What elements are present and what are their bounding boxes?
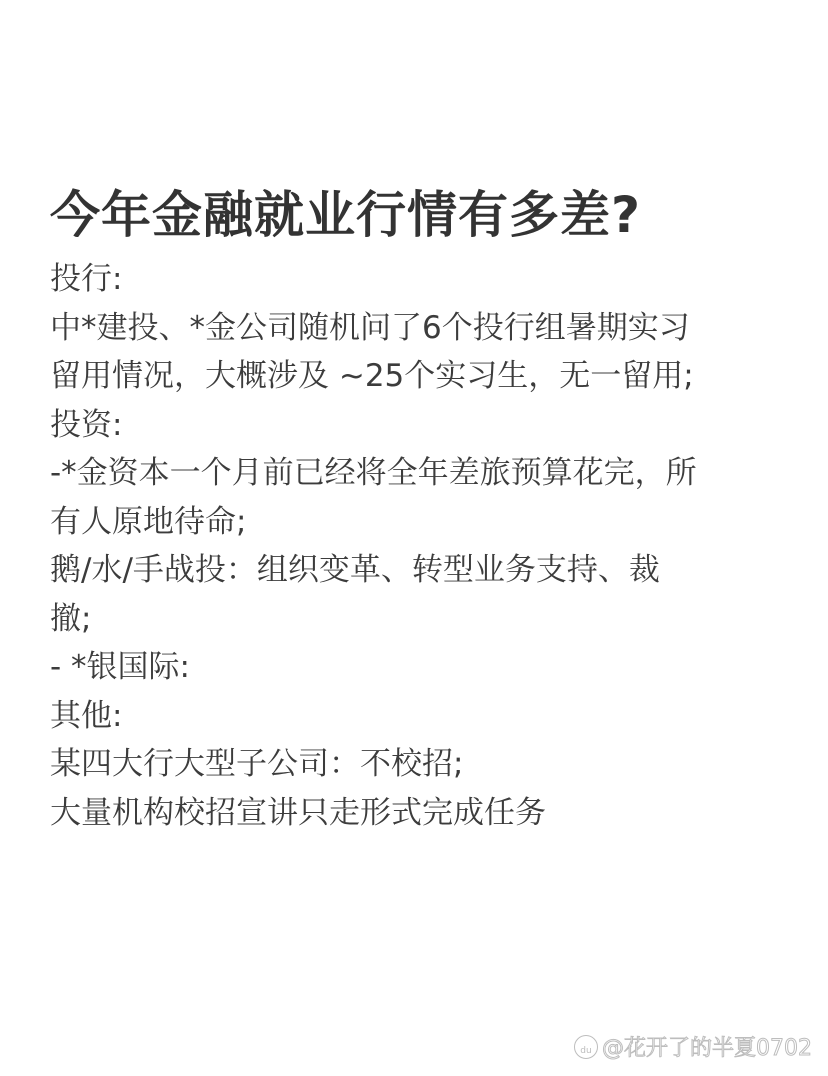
- page-title: 今年金融就业行情有多差?: [50, 183, 641, 247]
- body-line: 某四大行大型子公司：不校招;: [50, 740, 810, 789]
- baidu-paw-icon: du: [574, 1035, 598, 1059]
- watermark: du @花开了的半夏0702: [574, 1031, 812, 1062]
- article-body: 投行: 中*建投、*金公司随机问了6个投行组暑期实习 留用情况，大概涉及 ~25…: [50, 255, 810, 837]
- body-line: - *银国际:: [50, 643, 810, 692]
- section-heading-other: 其他:: [50, 692, 810, 741]
- section-heading-investment: 投资:: [50, 401, 810, 450]
- body-line: 撤;: [50, 595, 810, 644]
- watermark-text: @花开了的半夏0702: [602, 1031, 812, 1062]
- body-line: 留用情况，大概涉及 ~25个实习生，无一留用;: [50, 352, 810, 401]
- body-line: 有人原地待命;: [50, 498, 810, 547]
- section-heading-ib: 投行:: [50, 255, 810, 304]
- body-line: 大量机构校招宣讲只走形式完成任务: [50, 789, 810, 838]
- body-line: -*金资本一个月前已经将全年差旅预算花完，所: [50, 449, 810, 498]
- body-line: 中*建投、*金公司随机问了6个投行组暑期实习: [50, 304, 810, 353]
- body-line: 鹅/水/手战投：组织变革、转型业务支持、裁: [50, 546, 810, 595]
